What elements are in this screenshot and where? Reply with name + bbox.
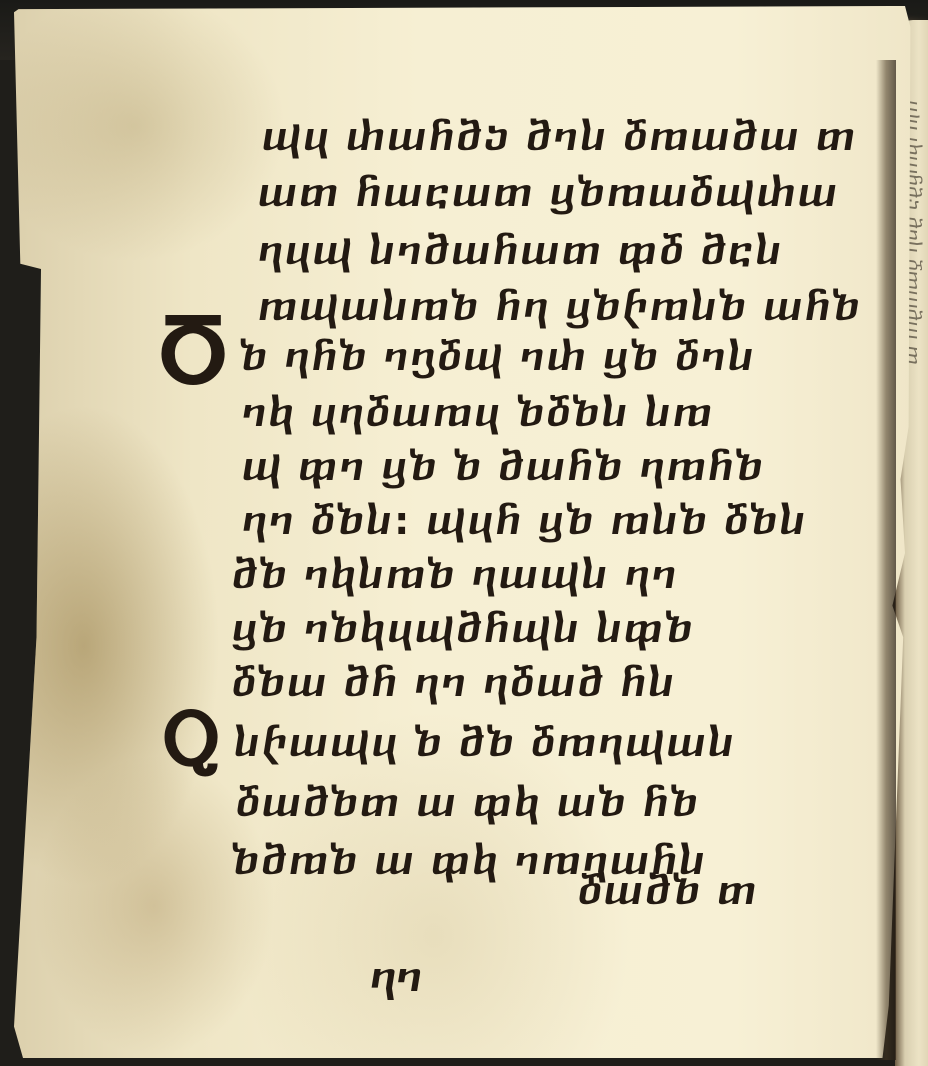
text-line-3: ⴄⴗⴓ ⴑⴈⴋⴍⴌⴍⴇ ⴔⴃ ⴋⴀⴑ — [258, 226, 783, 276]
illuminated-initial-1: Ⴃ — [158, 310, 228, 400]
text-line-7: ⴓ ⴔⴈ ⴁⴆ ⴆ ⴋⴍⴌⴆ ⴄⴊⴌⴆ — [242, 442, 765, 492]
text-line-14-continuation: ⴃⴍⴋⴆ ⴇ — [578, 866, 759, 916]
text-line-11: ⴃⴆⴍ ⴋⴌ ⴄⴈ ⴄⴃⴍⴋ ⴌⴑ — [232, 658, 676, 708]
text-line-5: ⴆ ⴄⴌⴆ ⴈⴂⴃⴓ ⴈⴐ ⴁⴆ ⴃⴈⴑ — [240, 332, 756, 382]
text-line-13: ⴃⴍⴋⴆⴇ ⴍ ⴔⴉ ⴍⴆ ⴌⴆ — [236, 778, 700, 828]
text-line-6: ⴈⴉ ⴗⴄⴃⴍⴊⴗ ⴆⴃⴆⴑ ⴑⴊ — [242, 388, 714, 438]
text-line-4: ⴊⴓⴍⴑⴊⴆ ⴌⴄ ⴁⴆⴡⴊⴑⴆ ⴍⴌⴆ — [258, 282, 862, 332]
text-line-1: ⴓⴗ ⴐⴍⴌⴋⴢ ⴋⴈⴑ ⴃⴊⴍⴋⴍ ⴇ — [262, 112, 857, 162]
manuscript-text: ⴓⴗ ⴐⴍⴌⴋⴢ ⴋⴈⴑ ⴃⴊⴍⴋⴍ ⴇ ⴍⴇ ⴌⴍⴀⴍⴇ ⴁⴆⴊⴍⴃⴓⴐⴍ ⴄ… — [0, 0, 928, 1066]
text-line-12: ⴑⴡⴍⴓⴗ ⴆ ⴋⴆ ⴃⴊⴄⴓⴍⴑ — [234, 718, 736, 768]
text-line-2: ⴍⴇ ⴌⴍⴀⴍⴇ ⴁⴆⴊⴍⴃⴓⴐⴍ — [258, 168, 839, 218]
illuminated-initial-2: Ⴍ — [162, 704, 220, 784]
text-line-10: ⴁⴆ ⴈⴆⴉⴗⴓⴋⴌⴓⴑ ⴑⴔⴆ — [232, 604, 695, 654]
folio-number: ⴄⴈ — [370, 955, 422, 1001]
text-line-9: ⴋⴆ ⴈⴉⴑⴊⴆ ⴄⴍⴓⴑ ⴄⴈ — [232, 550, 679, 600]
text-line-8: ⴄⴈ ⴃⴆⴑ: ⴓⴗⴌ ⴁⴆ ⴊⴑⴆ ⴃⴆⴑ — [242, 496, 807, 546]
